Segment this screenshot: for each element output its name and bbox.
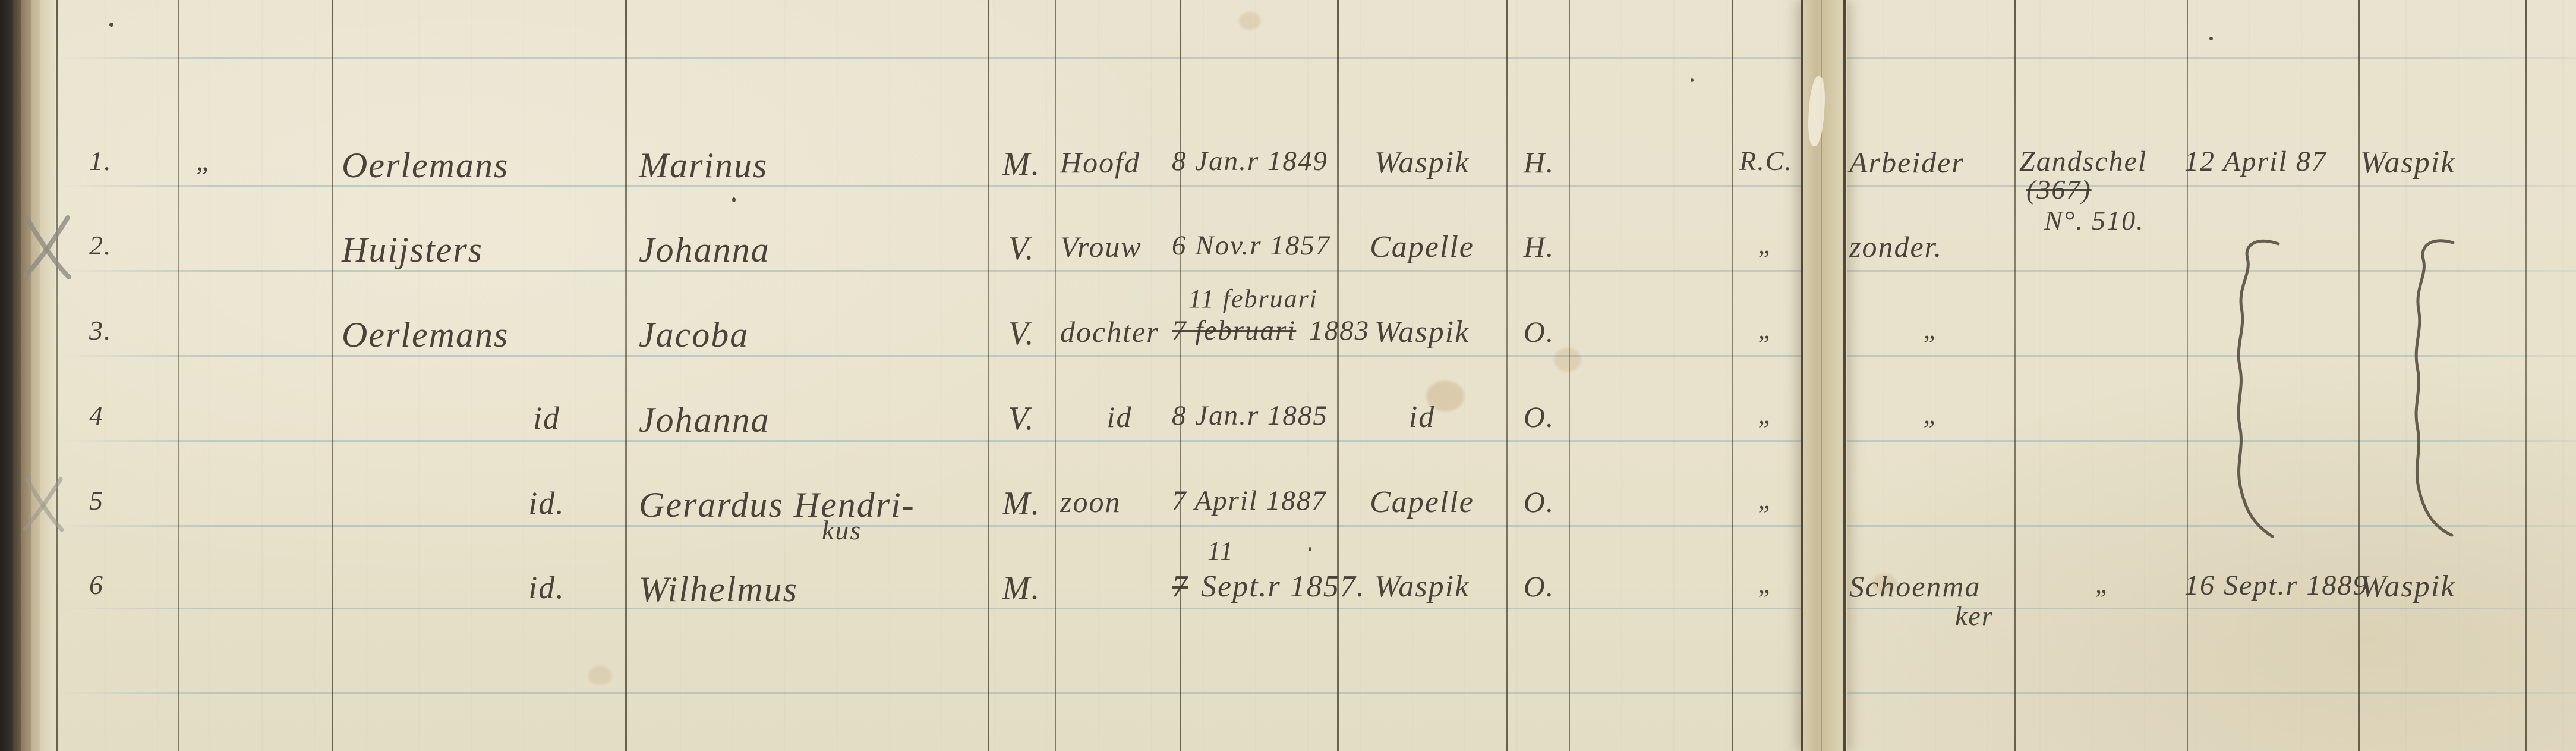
birth-place: id <box>1338 400 1506 435</box>
birth-place: Capelle <box>1338 485 1506 520</box>
relation: id <box>1060 400 1179 434</box>
surname: id <box>475 400 618 436</box>
serial-number: 2. <box>89 230 178 261</box>
sex: V. <box>990 230 1053 268</box>
arrival-date: 12 April 87 <box>2184 145 2357 178</box>
ink-speck <box>109 23 113 27</box>
sex: M. <box>990 145 1053 183</box>
first-name: Wilhelmus <box>639 569 989 610</box>
entry-mark: „ <box>196 145 267 177</box>
scanned-register-page: 1. „ Oerlemans Marinus M. Hoofd 8 Jan.r … <box>0 0 2576 751</box>
civil-status: O. <box>1508 569 1570 604</box>
serial-number: 1. <box>89 145 178 177</box>
birth-place: Capelle <box>1338 230 1506 265</box>
birth-date: 8 Jan.r 1849 <box>1172 145 1341 177</box>
register-row: 1. „ Oerlemans Marinus M. Hoofd 8 Jan.r … <box>0 121 2576 216</box>
religion-ditto: „ <box>1727 569 1805 599</box>
religion-ditto: „ <box>1727 485 1805 515</box>
occupation: Arbeider <box>1849 145 2013 180</box>
register-row: 6 id. Wilhelmus M. 11 7 Sept.r 1857. Was… <box>0 545 2576 640</box>
birth-date-correction: 11 februari <box>1188 284 1318 314</box>
first-name: Gerardus Hendri- kus <box>639 485 989 526</box>
address-old-number: (367) <box>2026 174 2092 205</box>
arrival-place: Waspik <box>2360 145 2524 180</box>
arrival-date: 16 Sept.r 1889 <box>2184 569 2357 602</box>
fox-spot <box>1239 12 1260 30</box>
occupation-ditto: „ <box>1849 400 2013 430</box>
birth-place: Waspik <box>1338 145 1506 180</box>
civil-status: O. <box>1508 400 1570 434</box>
occupation: zonder. <box>1849 230 2013 264</box>
register-row: 4 id Johanna V. id 8 Jan.r 1885 id O. „ … <box>0 376 2576 471</box>
first-name-line2: kus <box>822 514 862 546</box>
ruling-line <box>57 57 2576 59</box>
first-name: Johanna <box>639 400 989 441</box>
first-name-line1: Gerardus Hendri- <box>639 485 915 524</box>
relation: zoon <box>1060 485 1179 519</box>
serial-number: 4 <box>89 400 178 431</box>
civil-status: H. <box>1508 230 1570 264</box>
serial-number: 5 <box>89 485 178 516</box>
surname: id. <box>475 569 618 606</box>
ink-speck <box>1691 78 1694 82</box>
religion-ditto: „ <box>1727 400 1805 430</box>
first-name: Marinus <box>639 145 989 186</box>
address-ditto: „ <box>2019 569 2187 599</box>
surname: Huijsters <box>342 230 621 271</box>
fox-spot <box>588 666 612 685</box>
civil-status: O. <box>1508 315 1570 349</box>
birth-date: 6 Nov.r 1857 <box>1172 230 1341 262</box>
surname: Oerlemans <box>342 145 621 186</box>
register-row: 3. Oerlemans Jacoba V. dochter 11 februa… <box>0 291 2576 386</box>
serial-number: 3. <box>89 315 178 346</box>
occupation: Schoenma ker <box>1849 569 2013 604</box>
birth-date: 11 februari 7 februari 1883 <box>1172 315 1341 347</box>
occupation-line1: Schoenma <box>1849 570 1981 603</box>
register-row: 5 id. Gerardus Hendri- kus M. zoon 7 Apr… <box>0 461 2576 556</box>
occupation-ditto: „ <box>1849 315 2013 345</box>
birth-date: 8 Jan.r 1885 <box>1172 400 1341 432</box>
first-name: Jacoba <box>639 315 989 356</box>
address: Zandschel (367) N°. 510. <box>2019 145 2187 178</box>
relation: dochter <box>1060 315 1179 349</box>
ruling-line <box>57 692 2576 694</box>
civil-status: H. <box>1508 145 1570 180</box>
birth-date-struck: 7 februari <box>1172 315 1296 346</box>
first-name: Johanna <box>639 230 989 271</box>
ink-speck <box>2209 37 2213 40</box>
religion: R.C. <box>1727 145 1805 177</box>
surname: Oerlemans <box>342 315 621 356</box>
civil-status: O. <box>1508 485 1570 519</box>
relation: Hoofd <box>1060 145 1179 180</box>
religion-ditto: „ <box>1727 230 1805 260</box>
occupation-line2: ker <box>1955 600 1994 631</box>
pencil-x-icon <box>21 476 67 532</box>
sex: M. <box>990 485 1053 523</box>
birth-date: 7 April 1887 <box>1172 485 1341 517</box>
sex: V. <box>990 315 1053 353</box>
arrival-place: Waspik <box>2360 569 2524 604</box>
relation: Vrouw <box>1060 230 1179 264</box>
birth-place: Waspik <box>1338 315 1506 350</box>
sex: M. <box>990 569 1053 607</box>
birth-date: 11 7 Sept.r 1857. <box>1172 569 1341 604</box>
sex: V. <box>990 400 1053 438</box>
pencil-x-icon <box>20 214 75 281</box>
religion-ditto: „ <box>1727 315 1805 345</box>
serial-number: 6 <box>89 569 178 601</box>
birth-day-correction: 11 <box>1207 536 1234 566</box>
birth-day-struck: 7 <box>1172 570 1188 604</box>
surname: id. <box>475 485 618 521</box>
address-street: Zandschel <box>2019 146 2147 177</box>
birth-place: Waspik <box>1338 569 1506 604</box>
